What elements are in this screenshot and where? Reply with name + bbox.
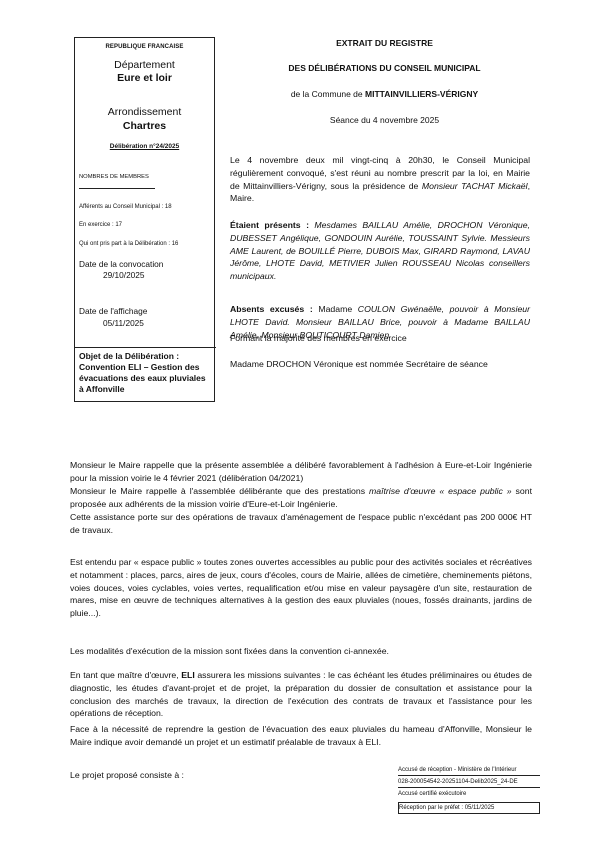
body-paragraph: Cette assistance porte sur des opération… (70, 511, 532, 537)
arrondissement-label: Arrondissement (75, 106, 214, 118)
department-name: Eure et loir (75, 72, 214, 84)
republic-label: REPUBLIQUE FRANCAISE (75, 44, 214, 50)
absents-prefix: Madame (313, 304, 358, 314)
body-paragraph: Monsieur le Maire rappelle à l'assemblée… (70, 485, 532, 511)
deliberation-number: Délibération n°24/2025 (75, 143, 214, 150)
members-title: NOMBRES DE MEMBRES (79, 174, 149, 180)
deliberation-info-box: REPUBLIQUE FRANCAISE Département Eure et… (74, 37, 215, 402)
stamp-certified: Accusé certifié exécutoire (398, 789, 540, 799)
text: En tant que maître d'œuvre, (70, 670, 181, 680)
convocation-date: 29/10/2025 (103, 270, 145, 280)
commune-prefix: de la Commune de (291, 89, 365, 99)
secretary-statement: Madame DROCHON Véronique est nommée Secr… (230, 358, 530, 371)
body-paragraph: En tant que maître d'œuvre, ELI assurera… (70, 669, 532, 720)
department-label: Département (75, 59, 214, 71)
body-paragraph: Les modalités d'exécution de la mission … (70, 645, 532, 658)
text: Monsieur le Maire rappelle à l'assemblée… (70, 486, 369, 496)
commune-name: MITTAINVILLIERS-VÉRIGNY (365, 89, 478, 99)
body-paragraph: Est entendu par « espace public » toutes… (70, 556, 532, 620)
body-paragraph: Monsieur le Maire rappelle que la présen… (70, 459, 532, 485)
italic-text: maîtrise d'œuvre « espace public » (369, 486, 512, 496)
stamp-id: 028-200054542-20251104-Delib2025_24-DE (398, 777, 540, 788)
stamp-prefect-date: Réception par le préfet : 05/11/2025 (398, 802, 540, 814)
majority-statement: Formant la majorité des membres en exerc… (230, 332, 530, 345)
body-paragraph: Face à la nécessité de reprendre la gest… (70, 723, 532, 749)
header-commune: de la Commune de MITTAINVILLIERS-VÉRIGNY (228, 89, 541, 99)
affichage-label: Date de l'affichage (79, 306, 147, 316)
intro-paragraph: Le 4 novembre deux mil vingt-cinq à 20h3… (230, 154, 530, 205)
affichage-date: 05/11/2025 (103, 318, 144, 328)
absents-label: Absents excusés : (230, 304, 313, 314)
presents-paragraph: Étaient présents : Mesdames BAILLAU Amél… (230, 219, 530, 283)
divider (79, 188, 155, 189)
convocation-label: Date de la convocation (79, 259, 163, 269)
presents-label: Étaient présents : (230, 220, 309, 230)
members-en-exercice: En exercice : 17 (79, 222, 122, 228)
stamp-receipt: Accusé de réception - Ministère de l'Int… (398, 765, 540, 776)
members-afferents: Afférents au Conseil Municipal : 18 (79, 204, 172, 210)
session-date: Séance du 4 novembre 2025 (228, 115, 541, 125)
header-title: EXTRAIT DU REGISTRE (228, 38, 541, 48)
deliberation-subject: Objet de la Délibération : Convention EL… (75, 347, 216, 403)
members-presents: Qui ont pris part à la Délibération : 16 (79, 241, 178, 247)
president-name: Monsieur TACHAT Mickaël (422, 181, 528, 191)
arrondissement-name: Chartres (75, 120, 214, 132)
bold-text: ELI (181, 670, 195, 680)
header-subtitle: DES DÉLIBÉRATIONS DU CONSEIL MUNICIPAL (228, 63, 541, 73)
